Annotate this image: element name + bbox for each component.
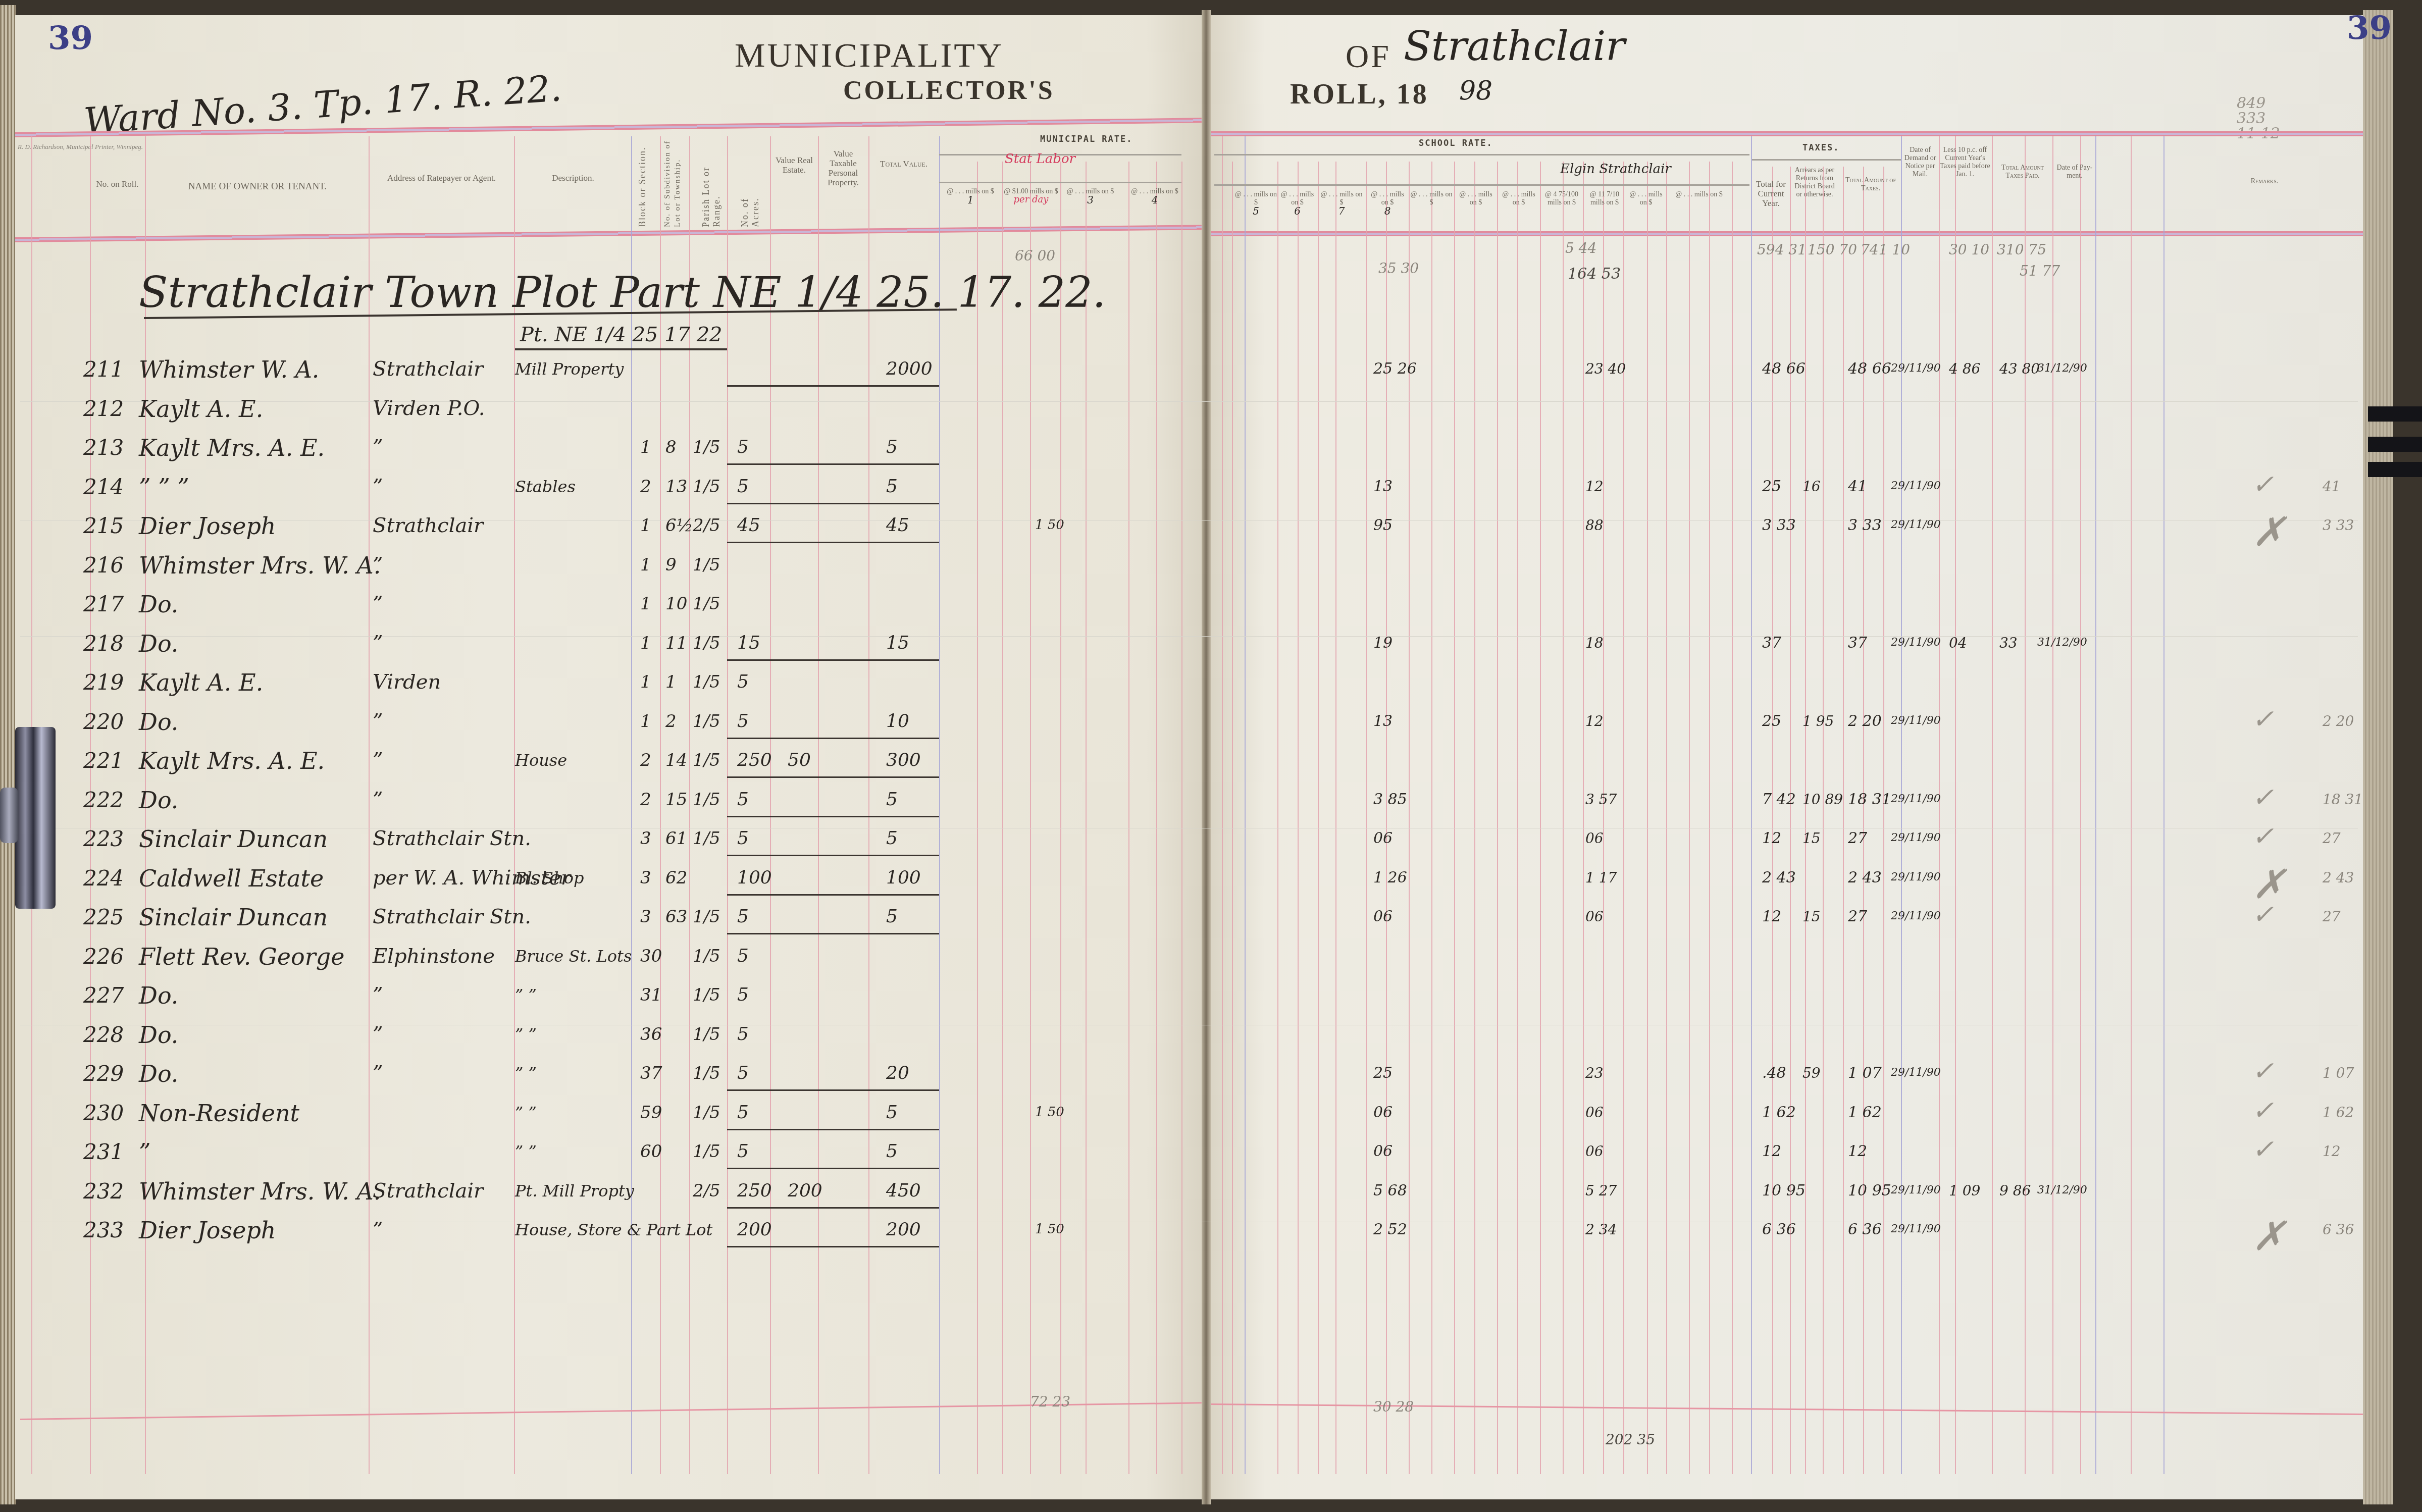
row-guide xyxy=(20,828,2358,828)
column-rule xyxy=(1181,162,1182,1474)
municipal-rate-col-4: @ . . . mills on $ 4 xyxy=(1129,188,1180,204)
rate-col-number: 3 xyxy=(1061,196,1119,204)
roll-number: 214 xyxy=(83,475,124,499)
school-rate-col9-amount: 23 40 xyxy=(1585,360,1626,377)
acres-value: 1/5 xyxy=(693,1103,720,1123)
owner-name: Do. xyxy=(139,1060,178,1087)
total-value: 5 xyxy=(886,789,898,810)
rate-col-label: @ . . . mills on $ xyxy=(1626,191,1666,207)
column-rule xyxy=(1563,162,1564,1474)
ratepayer-address: Virden xyxy=(373,670,441,694)
roll-number: 218 xyxy=(83,631,124,656)
tax-total-amount: 1 07 xyxy=(1848,1064,1882,1082)
column-rule xyxy=(1245,136,1246,1474)
subdivision-number: 9 xyxy=(665,555,677,575)
rate-col-number: per day xyxy=(1003,196,1059,204)
school-rate-col5-amount: 06 xyxy=(1373,1142,1393,1160)
remarks-amount: 12 xyxy=(2323,1143,2341,1160)
ratepayer-address: ” xyxy=(373,788,383,811)
school-rate-col-12: @ 4 75/100 mills on $ xyxy=(1541,191,1582,207)
section-subheading-underline xyxy=(515,348,727,350)
subdivision-number: 63 xyxy=(665,907,687,927)
school-rate-col9-amount: 88 xyxy=(1585,517,1604,534)
block-number: 2 xyxy=(640,750,651,770)
block-number: 2 xyxy=(640,477,651,497)
real-estate-value: 5 xyxy=(737,671,749,692)
personal-property-value: 200 xyxy=(788,1180,822,1201)
property-description: Stables xyxy=(515,477,576,496)
date-of-demand: 29/11/90 xyxy=(1891,1223,1941,1235)
date-of-demand: 29/11/90 xyxy=(1891,714,1941,727)
tax-current-year: 37 xyxy=(1762,634,1781,652)
rate-col-label: @ 11 7/10 mills on $ xyxy=(1584,191,1625,207)
tax-current-year: .48 xyxy=(1762,1064,1786,1082)
school-rate-col9-amount: 18 xyxy=(1585,635,1604,651)
column-rule xyxy=(1298,162,1299,1474)
subdivision-number: 2 xyxy=(665,711,677,732)
school-rate-col5-amount: 25 26 xyxy=(1373,360,1417,378)
municipal-rate-amount: 1 50 xyxy=(1035,517,1064,533)
tax-current-year: 10 95 xyxy=(1762,1182,1806,1200)
column-rule xyxy=(1409,162,1410,1474)
rate-col-label: @ . . . mills on $ xyxy=(1410,191,1453,207)
remarks-amount: 6 36 xyxy=(2323,1221,2354,1238)
subdivision-number: 13 xyxy=(665,477,687,497)
real-estate-value: 250 xyxy=(737,1180,772,1201)
rate-col-number: 6 xyxy=(1278,207,1316,215)
block-number: 1 xyxy=(640,594,651,614)
column-rule xyxy=(514,136,515,1474)
rate-col-label: @ . . . mills on $ xyxy=(1669,191,1729,199)
acres-value: 1/5 xyxy=(693,1063,720,1083)
value-total-underline xyxy=(727,463,939,465)
value-total-underline xyxy=(727,816,939,817)
block-number: 31 xyxy=(640,985,662,1005)
school-rate-col5-amount: 13 xyxy=(1373,478,1393,495)
tax-paid-amount: 33 xyxy=(1999,635,2018,651)
column-rule xyxy=(1497,162,1498,1474)
ratepayer-address: ” xyxy=(373,632,383,655)
school-rate-col9-amount: 06 xyxy=(1585,830,1604,847)
roll-number: 222 xyxy=(83,788,124,812)
column-rule xyxy=(1128,162,1129,1474)
municipal-rate-amount: 1 50 xyxy=(1035,1105,1064,1120)
owner-name: Do. xyxy=(139,630,178,657)
check-mark-icon: ✓ xyxy=(2252,821,2274,852)
header-total-value: Total Value. xyxy=(869,159,938,169)
owner-name: ” ” ” xyxy=(139,474,189,501)
real-estate-value: 5 xyxy=(737,1063,749,1083)
block-number: 60 xyxy=(640,1141,662,1162)
roll-number: 224 xyxy=(83,866,124,891)
acres-value: 1/5 xyxy=(693,985,720,1005)
tax-arrears: 15 xyxy=(1802,830,1821,847)
remarks-amount: 2 43 xyxy=(2323,869,2354,886)
date-of-payment: 31/12/90 xyxy=(2037,1184,2087,1196)
municipal-rate-col-2: @ $1.00 mills on $ per day xyxy=(1003,188,1059,204)
owner-name: Whimster Mrs. W. A. xyxy=(139,552,381,579)
personal-property-value: 50 xyxy=(788,750,811,770)
column-rule xyxy=(1454,162,1455,1474)
ratepayer-address: ” xyxy=(373,553,383,577)
ratepayer-address: ” xyxy=(373,983,383,1007)
roll-number: 212 xyxy=(83,396,124,421)
real-estate-value: 5 xyxy=(737,1024,749,1045)
header-bottom-rule-right xyxy=(1211,231,2363,236)
column-rule xyxy=(1709,162,1710,1474)
acres-value: 1/5 xyxy=(693,946,720,966)
owner-name: Non-Resident xyxy=(139,1100,299,1127)
header-arrears: Arrears as per Returns from District Boa… xyxy=(1791,167,1838,199)
value-total-underline xyxy=(727,1246,939,1247)
owner-name: Kaylt Mrs. A. E. xyxy=(139,747,325,774)
school-rate-col5-amount: 25 xyxy=(1373,1064,1393,1082)
value-total-underline xyxy=(727,894,939,896)
header-name: NAME OF OWNER OR TENANT. xyxy=(146,182,369,191)
school-rate-col9-amount: 1 17 xyxy=(1585,869,1617,886)
binder-clip-knob xyxy=(0,788,18,843)
header-acres: No. of Acres. xyxy=(740,167,761,227)
check-mark-icon: ✓ xyxy=(2252,704,2274,735)
column-rule xyxy=(1232,162,1233,1474)
carry-paid: 310 75 xyxy=(1997,241,2046,258)
check-mark-icon: ✓ xyxy=(2252,783,2274,813)
total-value: 45 xyxy=(886,515,909,536)
roll-number: 229 xyxy=(83,1061,124,1086)
header-date-payment: Date of Pay-ment. xyxy=(2055,164,2094,180)
column-rule xyxy=(1540,162,1541,1474)
date-of-demand: 29/11/90 xyxy=(1891,793,1941,805)
remarks-amount: 27 xyxy=(2323,830,2341,847)
property-description: ” ” xyxy=(515,985,537,1005)
tax-total-amount: 18 31 xyxy=(1848,791,1891,808)
value-total-underline xyxy=(727,385,939,387)
column-rule xyxy=(1992,136,1993,1474)
column-rule xyxy=(1060,162,1061,1474)
subdivision-number: 11 xyxy=(665,633,687,653)
municipal-rate-col-3: @ . . . mills on $ 3 xyxy=(1061,188,1119,204)
roll-number: 231 xyxy=(83,1139,124,1164)
column-rule xyxy=(1222,136,1223,1474)
carry-total-current: 594 31 xyxy=(1757,241,1807,258)
school-rate-col-11: @ . . . mills on $ xyxy=(1498,191,1539,207)
owner-name: Dier Joseph xyxy=(139,1217,276,1244)
tax-arrears: 16 xyxy=(1802,478,1821,495)
owner-name: Do. xyxy=(139,787,178,814)
binder-clip-left xyxy=(15,727,56,909)
page-number-left: 39 xyxy=(48,19,93,57)
column-rule xyxy=(369,136,370,1474)
title-roll: ROLL, 18 xyxy=(1290,78,1429,111)
school-rate-subrule xyxy=(1214,154,1749,155)
school-rate-col9-amount: 5 27 xyxy=(1585,1182,1617,1199)
remarks-amount: 2 20 xyxy=(2323,713,2354,729)
real-estate-value: 100 xyxy=(737,867,772,888)
roll-number: 215 xyxy=(83,513,124,538)
tax-total-amount: 10 95 xyxy=(1848,1182,1891,1200)
tax-total-amount: 6 36 xyxy=(1848,1221,1882,1238)
roll-number: 213 xyxy=(83,435,124,460)
owner-name: Flett Rev. George xyxy=(139,943,344,970)
school-rate-col5-amount: 5 68 xyxy=(1373,1182,1407,1200)
block-number: 1 xyxy=(640,711,651,732)
owner-name: Caldwell Estate xyxy=(139,865,324,892)
tax-current-year: 25 xyxy=(1762,478,1781,495)
value-total-underline xyxy=(727,542,939,543)
school-rate-col-9: @ . . . mills on $ xyxy=(1410,191,1453,207)
block-number: 59 xyxy=(640,1103,662,1123)
acres-value: 1/5 xyxy=(693,907,720,927)
roll-number: 223 xyxy=(83,826,124,851)
school-rate-col5-amount: 13 xyxy=(1373,712,1393,730)
carry-discount: 30 10 xyxy=(1949,241,1989,258)
total-value: 100 xyxy=(886,867,921,888)
ratepayer-address: Strathclair Stn. xyxy=(373,905,531,928)
school-rate-col-8: @ . . . mills on $8 xyxy=(1367,191,1408,215)
column-rule xyxy=(770,136,771,1474)
remarks-amount: 27 xyxy=(2323,908,2341,925)
section-subheading: Pt. NE 1/4 25 17 22 xyxy=(520,323,723,346)
roll-number: 232 xyxy=(83,1179,124,1204)
title-municipality: MUNICIPALITY xyxy=(735,35,1004,75)
block-number: 3 xyxy=(640,828,651,849)
column-rule xyxy=(1751,136,1752,1474)
column-rule xyxy=(1647,162,1648,1474)
ratepayer-address: Strathclair Stn. xyxy=(373,827,531,850)
margin-note-line: 333 xyxy=(2237,111,2280,126)
acres-value: 2/5 xyxy=(693,515,720,536)
value-total-underline xyxy=(727,659,939,661)
property-description: Bl. Shop xyxy=(515,868,584,888)
tax-current-year: 48 66 xyxy=(1762,360,1806,378)
school-rate-col-13: @ 11 7/10 mills on $ xyxy=(1584,191,1625,207)
school-rate-col9-amount: 3 57 xyxy=(1585,791,1617,808)
subdivision-number: 15 xyxy=(665,790,687,810)
acres-value: 1/5 xyxy=(693,711,720,732)
property-description: House, Store & Part Lot xyxy=(515,1220,712,1239)
total-value: 5 xyxy=(886,476,898,497)
header-municipal-rate: MUNICIPAL RATE. xyxy=(1040,134,1133,144)
date-of-demand: 29/11/90 xyxy=(1891,636,1941,649)
property-description: ” ” xyxy=(515,1103,537,1122)
column-rule xyxy=(2052,136,2053,1474)
acres-value: 1/5 xyxy=(693,1024,720,1045)
subdivision-number: 61 xyxy=(665,828,687,849)
acres-value: 1/5 xyxy=(693,828,720,849)
roll-number: 220 xyxy=(83,709,124,734)
footer-total-left: 72 23 xyxy=(1030,1393,1070,1410)
binder-clip-right xyxy=(2368,437,2422,452)
owner-name: Do. xyxy=(139,708,178,736)
acres-value: 1/5 xyxy=(693,477,720,497)
date-of-demand: 29/11/90 xyxy=(1891,1066,1941,1079)
header-total-amount: Total Amount of Taxes. xyxy=(1843,177,1898,193)
school-rate-col5-amount: 2 52 xyxy=(1373,1221,1407,1238)
school-rate-col-14: @ . . . mills on $ xyxy=(1626,191,1666,207)
date-of-demand: 29/11/90 xyxy=(1891,362,1941,375)
header-top-rule-right xyxy=(1211,131,2363,136)
tax-arrears: 10 89 xyxy=(1802,791,1843,808)
acres-value: 1/5 xyxy=(693,672,720,692)
tax-arrears: 15 xyxy=(1802,908,1821,925)
ratepayer-address: ” xyxy=(373,475,383,498)
tax-current-year: 2 43 xyxy=(1762,869,1796,887)
discount-amount: 1 09 xyxy=(1949,1182,1980,1199)
school-rate-col5-amount: 95 xyxy=(1373,516,1393,534)
block-number: 1 xyxy=(640,515,651,536)
real-estate-value: 200 xyxy=(737,1219,772,1240)
owner-name: Whimster W. A. xyxy=(139,356,320,383)
total-value: 200 xyxy=(886,1219,921,1240)
block-number: 1 xyxy=(640,437,651,457)
tax-total-amount: 3 33 xyxy=(1848,516,1882,534)
real-estate-value: 5 xyxy=(737,906,749,927)
column-rule xyxy=(2025,136,2026,1474)
roll-number: 226 xyxy=(83,944,124,969)
school-rate-col-10: @ . . . mills on $ xyxy=(1455,191,1497,207)
block-number: 2 xyxy=(640,790,651,810)
header-total-paid: Total Amount Taxes Paid. xyxy=(1993,164,2052,180)
municipality-name: Strathclair xyxy=(1404,23,1625,70)
statute-labor-note: Stat Labor xyxy=(1005,151,1075,167)
value-total-underline xyxy=(727,1168,939,1169)
column-rule xyxy=(1666,162,1667,1474)
ratepayer-address: ” xyxy=(373,1218,383,1241)
owner-name: Kaylt A. E. xyxy=(139,395,263,423)
tax-total-amount: 2 20 xyxy=(1848,712,1882,730)
total-value: 450 xyxy=(886,1180,921,1201)
municipal-rate-amount: 1 50 xyxy=(1035,1222,1064,1237)
date-of-payment: 31/12/90 xyxy=(2037,362,2087,375)
header-date-demand: Date of Demand or Notice per Mail. xyxy=(1902,146,1938,179)
ratepayer-address: ” xyxy=(373,592,383,615)
remarks-amount: 1 07 xyxy=(2323,1065,2354,1081)
roll-number: 228 xyxy=(83,1022,124,1047)
check-mark-icon: ✓ xyxy=(2252,1134,2274,1165)
ratepayer-address: ” xyxy=(373,710,383,733)
tax-paid-amount: 43 80 xyxy=(1999,360,2040,377)
total-value: 15 xyxy=(886,633,909,653)
check-mark-icon: ✓ xyxy=(2252,1056,2274,1086)
block-number: 30 xyxy=(640,946,662,966)
property-description: ” ” xyxy=(515,1142,537,1161)
book-spine xyxy=(1202,10,1211,1504)
tax-current-year: 25 xyxy=(1762,712,1781,730)
total-value: 10 xyxy=(886,711,909,732)
check-mark-icon: ✓ xyxy=(2252,1096,2274,1126)
school-rate-col9-amount: 23 xyxy=(1585,1065,1604,1081)
printer-imprint: R. D. Richardson, Municipal Printer, Win… xyxy=(18,143,143,151)
tax-current-year: 1 62 xyxy=(1762,1104,1796,1121)
tax-total-amount: 1 62 xyxy=(1848,1104,1882,1121)
total-value: 5 xyxy=(886,906,898,927)
property-description: ” ” xyxy=(515,1025,537,1044)
rate-col-number: 8 xyxy=(1367,207,1408,215)
header-description: Description. xyxy=(515,173,631,183)
check-mark-icon: ✓ xyxy=(2252,470,2274,500)
tax-paid-amount: 9 86 xyxy=(1999,1182,2031,1199)
owner-name: Sinclair Duncan xyxy=(139,904,328,931)
real-estate-value: 5 xyxy=(737,946,749,966)
column-rule xyxy=(2131,136,2132,1474)
value-total-underline xyxy=(727,1089,939,1091)
school-rate-col5-amount: 19 xyxy=(1373,634,1393,652)
taxes-subrule xyxy=(1752,159,1901,161)
owner-name: ” xyxy=(139,1138,151,1166)
column-rule xyxy=(1335,162,1336,1474)
real-estate-value: 5 xyxy=(737,789,749,810)
municipal-rate-subrule xyxy=(939,182,1181,183)
real-estate-value: 5 xyxy=(737,476,749,497)
value-total-underline xyxy=(727,776,939,778)
column-rule xyxy=(1689,162,1690,1474)
remarks-amount: 18 31 xyxy=(2323,791,2363,808)
tax-arrears: 59 xyxy=(1802,1065,1821,1081)
column-rule xyxy=(939,136,940,1474)
column-rule xyxy=(977,162,978,1474)
school-rate-col5-amount: 1 26 xyxy=(1373,869,1407,887)
acres-value: 1/5 xyxy=(693,633,720,653)
header-remarks: Remarks. xyxy=(2166,178,2363,186)
acres-value: 1/5 xyxy=(693,750,720,770)
column-rule xyxy=(1603,162,1604,1474)
real-estate-value: 5 xyxy=(737,1102,749,1123)
block-number: 1 xyxy=(640,633,651,653)
subdivision-number: 1 xyxy=(665,672,677,692)
roll-number: 233 xyxy=(83,1218,124,1242)
subdivision-number: 8 xyxy=(665,437,677,457)
column-rule xyxy=(818,136,819,1474)
column-rule xyxy=(1474,162,1475,1474)
school-rate-col5-amount: 06 xyxy=(1373,908,1393,925)
block-number: 3 xyxy=(640,868,651,888)
header-no-on-roll: No. on Roll. xyxy=(91,179,144,189)
real-estate-value: 5 xyxy=(737,437,749,457)
check-mark-icon: ✓ xyxy=(2252,900,2274,930)
ratepayer-address: Elphinstone xyxy=(373,945,495,968)
owner-name: Do. xyxy=(139,1021,178,1049)
block-number: 37 xyxy=(640,1063,662,1083)
block-number: 1 xyxy=(640,555,651,575)
owner-name: Do. xyxy=(139,591,178,618)
roll-number: 216 xyxy=(83,553,124,578)
real-estate-value: 15 xyxy=(737,633,760,653)
tax-total-amount: 2 43 xyxy=(1848,869,1882,887)
date-of-demand: 29/11/90 xyxy=(1891,518,1941,531)
owner-name: Dier Joseph xyxy=(139,512,276,540)
book-edge-right xyxy=(2363,10,2393,1504)
carry-total-amount: 741 10 xyxy=(1861,241,1910,258)
rate-col-label: @ 4 75/100 mills on $ xyxy=(1541,191,1582,207)
date-of-demand: 29/11/90 xyxy=(1891,1184,1941,1196)
column-rule xyxy=(1086,162,1087,1474)
school-rate-col9-amount: 12 xyxy=(1585,713,1604,729)
ratepayer-address: ” xyxy=(373,436,383,459)
tax-total-amount: 41 xyxy=(1848,478,1867,495)
acres-value: 1/5 xyxy=(693,594,720,614)
ratepayer-address: ” xyxy=(373,1062,383,1085)
total-value: 300 xyxy=(886,750,921,770)
value-total-underline xyxy=(727,503,939,504)
subdivision-number: 6½ xyxy=(665,515,693,536)
header-value-real: Value Real Estate. xyxy=(771,155,817,175)
column-rule xyxy=(1939,136,1940,1474)
book-edge-left xyxy=(0,5,16,1504)
header-less-discount: Less 10 p.c. off Current Year's Taxes pa… xyxy=(1940,146,1990,179)
date-of-demand: 29/11/90 xyxy=(1891,480,1941,492)
acres-value: 1/5 xyxy=(693,555,720,575)
value-total-underline xyxy=(727,738,939,739)
